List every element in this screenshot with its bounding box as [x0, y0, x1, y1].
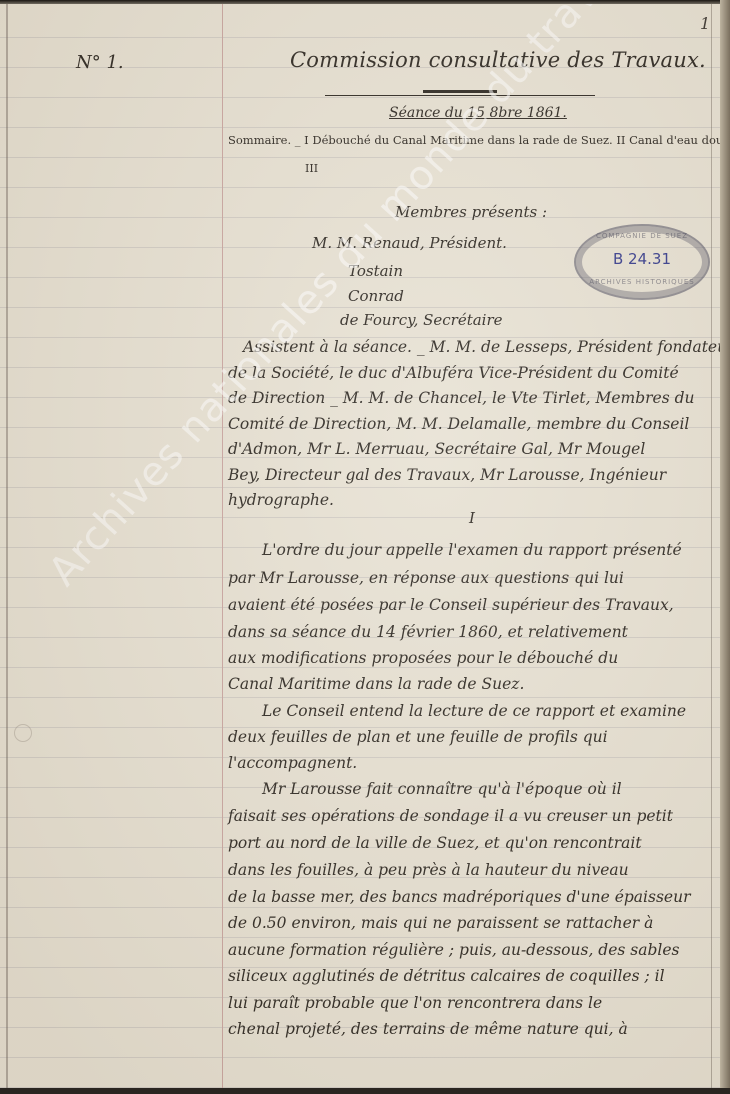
body-line: dans sa séance du 14 février 1860, et re… [228, 623, 628, 641]
attendance-line: Bey, Directeur gal des Travaux, Mr Larou… [228, 466, 666, 484]
body-line: aux modifications proposées pour le débo… [228, 649, 618, 667]
body-line: avaient été posées par le Conseil supéri… [228, 596, 674, 614]
member-line: Conrad [348, 287, 404, 305]
body-line: lui paraît probable que l'on rencontrera… [228, 994, 602, 1012]
section-number: I [469, 509, 475, 527]
body-line: deux feuilles de plan et une feuille de … [228, 728, 608, 746]
title-rule-thin [325, 95, 595, 96]
binding-line [6, 4, 8, 1090]
archive-stamp: COMPAGNIE DE SUEZ B 24.31 ARCHIVES HISTO… [574, 224, 710, 300]
body-line: chenal projeté, des terrains de même nat… [228, 1020, 628, 1038]
summary: Sommaire. _ I Débouché du Canal Maritime… [228, 133, 722, 147]
page-bottom-edge [0, 1088, 730, 1094]
body-line: l'accompagnent. [228, 754, 357, 772]
attendance-line: de Direction _ M. M. de Chancel, le Vte … [228, 389, 695, 407]
entry-number: N° 1. [76, 52, 124, 73]
summary-item-iii: III [305, 162, 318, 175]
member-line: de Fourcy, Secrétaire [340, 311, 503, 329]
body-line: aucune formation régulière ; puis, au-de… [228, 941, 679, 959]
members-heading: Membres présents : [395, 203, 547, 221]
right-rule [711, 4, 712, 1090]
body-line: Mr Larousse fait connaître qu'à l'époque… [262, 780, 622, 798]
stamp-top-text: COMPAGNIE DE SUEZ [576, 232, 708, 240]
session-date: Séance du 15 8bre 1861. [389, 105, 567, 121]
attendance-line: d'Admon, Mr L. Merruau, Secrétaire Gal, … [228, 440, 645, 458]
body-line: de 0.50 environ, mais qui ne paraissent … [228, 914, 653, 932]
attendance-line: Assistent à la séance. _ M. M. de Lessep… [243, 338, 722, 356]
body-line: L'ordre du jour appelle l'examen du rapp… [262, 541, 682, 559]
member-line: M. M. Renaud, Président. [312, 234, 507, 252]
body-line: Le Conseil entend la lecture de ce rappo… [262, 702, 686, 720]
body-line: de la basse mer, des bancs madréporiques… [228, 888, 690, 906]
document-title: Commission consultative des Travaux. [290, 48, 706, 72]
margin-line [222, 4, 223, 1090]
body-line: siliceux agglutinés de détritus calcaire… [228, 967, 665, 985]
member-line: Tostain [348, 262, 403, 280]
stamp-bottom-text: ARCHIVES HISTORIQUES [576, 278, 708, 286]
title-rule-thick [423, 90, 497, 93]
body-line: Canal Maritime dans la rade de Suez. [228, 675, 524, 693]
page-number: 1 [700, 14, 710, 33]
body-line: port au nord de la ville de Suez, et qu'… [228, 834, 642, 852]
ledger-page: 1 N° 1. Commission consultative des Trav… [0, 4, 722, 1090]
attendance-line: Comité de Direction, M. M. Delamalle, me… [228, 415, 689, 433]
page-right-edge [720, 0, 730, 1094]
attendance-line: hydrographe. [228, 491, 334, 509]
paper-stain [14, 724, 32, 742]
stamp-code: B 24.31 [576, 250, 708, 268]
attendance-line: de la Société, le duc d'Albuféra Vice-Pr… [228, 364, 679, 382]
body-line: par Mr Larousse, en réponse aux question… [228, 569, 624, 587]
body-line: dans les fouilles, à peu près à la haute… [228, 861, 629, 879]
body-line: faisait ses opérations de sondage il a v… [228, 807, 673, 825]
